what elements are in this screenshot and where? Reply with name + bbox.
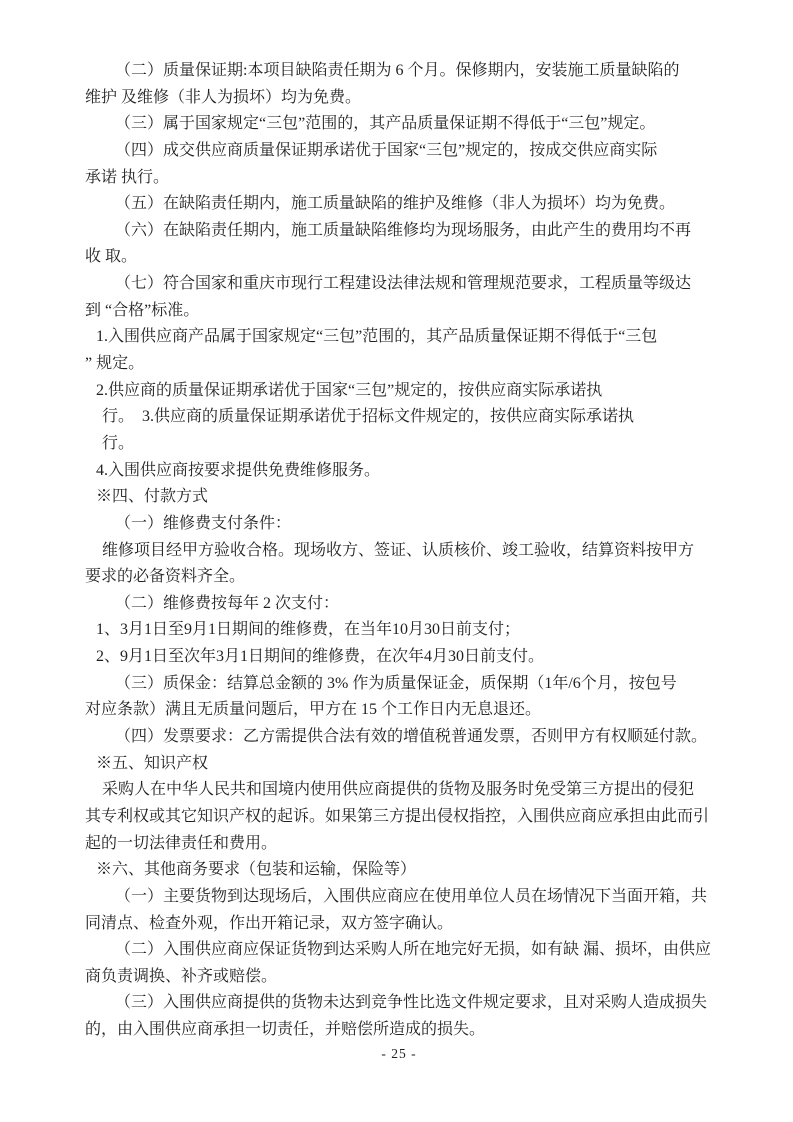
text-line: （二）入围供应商应保证货物到达采购人所在地完好无损，如有缺 漏、损坏，由供应 (85, 937, 713, 964)
text-line: 2、9月1日至次年3月1日期间的维修费，在次年4月30日前支付。 (85, 644, 713, 671)
text-line: （三）质保金：结算总金额的 3% 作为质量保证金，质保期（1年/6个月，按包号 (85, 671, 713, 698)
text-line: 到 “合格”标准。 (85, 298, 713, 325)
text-line: ” 规定。 (85, 351, 713, 378)
text-line: （二）维修费按每年 2 次支付： (85, 591, 713, 618)
page-number: - 25 - (85, 1046, 713, 1062)
text-line: 其专利权或其它知识产权的起诉。如果第三方提出侵权指控，入围供应商应承担由此而引 (85, 804, 713, 831)
document-page: （二）质量保证期:本项目缺陷责任期为 6 个月。保修期内，安装施工质量缺陷的维护… (0, 0, 793, 1122)
text-line: 商负责调换、补齐或赔偿。 (85, 964, 713, 991)
text-line: （五）在缺陷责任期内，施工质量缺陷的维护及维修（非人为损坏）均为免费。 (85, 191, 713, 218)
text-line: （一）主要货物到达现场后，入围供应商应在使用单位人员在场情况下当面开箱，共 (85, 884, 713, 911)
text-line: 对应条款）满且无质量问题后，甲方在 15 个工作日内无息退还。 (85, 697, 713, 724)
text-line: 同清点、检查外观，作出开箱记录，双方签字确认。 (85, 911, 713, 938)
text-line: 收 取。 (85, 244, 713, 271)
text-line: 维修项目经甲方验收合格。现场收方、签证、认质核价、竣工验收，结算资料按甲方 (85, 538, 713, 565)
text-line: 起的一切法律责任和费用。 (85, 831, 713, 858)
text-line: ※六、其他商务要求（包装和运输，保险等） (85, 857, 713, 884)
text-line: 4.入围供应商按要求提供免费维修服务。 (85, 458, 713, 485)
text-line: 行。 3.供应商的质量保证期承诺优于招标文件规定的，按供应商实际承诺执 (85, 404, 713, 431)
text-line: （三）属于国家规定“三包”范围的，其产品质量保证期不得低于“三包”规定。 (85, 111, 713, 138)
text-line: ※四、付款方式 (85, 484, 713, 511)
text-line: 采购人在中华人民共和国境内使用供应商提供的货物及服务时免受第三方提出的侵犯 (85, 777, 713, 804)
text-line: 维护 及维修（非人为损坏）均为免费。 (85, 85, 713, 112)
text-line: 2.供应商的质量保证期承诺优于国家“三包”规定的，按供应商实际承诺执 (85, 378, 713, 405)
text-line: ※五、知识产权 (85, 751, 713, 778)
text-line: （四）发票要求：乙方需提供合法有效的增值税普通发票，否则甲方有权顺延付款。 (85, 724, 713, 751)
text-line: 要求的必备资料齐全。 (85, 564, 713, 591)
text-line: （三）入围供应商提供的货物未达到竞争性比选文件规定要求，且对采购人造成损失 (85, 990, 713, 1017)
text-line: （一）维修费支付条件： (85, 511, 713, 538)
text-line: （六）在缺陷责任期内，施工质量缺陷维修均为现场服务，由此产生的费用均不再 (85, 218, 713, 245)
text-line: 承诺 执行。 (85, 165, 713, 192)
text-line: （二）质量保证期:本项目缺陷责任期为 6 个月。保修期内，安装施工质量缺陷的 (85, 58, 713, 85)
text-line: 行。 (85, 431, 713, 458)
text-line: 的，由入围供应商承担一切责任，并赔偿所造成的损失。 (85, 1017, 713, 1044)
text-line: （四）成交供应商质量保证期承诺优于国家“三包”规定的，按成交供应商实际 (85, 138, 713, 165)
text-line: 1、3月1日至9月1日期间的维修费，在当年10月30日前支付； (85, 617, 713, 644)
document-body: （二）质量保证期:本项目缺陷责任期为 6 个月。保修期内，安装施工质量缺陷的维护… (85, 58, 713, 1044)
text-line: 1.入围供应商产品属于国家规定“三包”范围的，其产品质量保证期不得低于“三包 (85, 324, 713, 351)
text-line: （七）符合国家和重庆市现行工程建设法律法规和管理规范要求，工程质量等级达 (85, 271, 713, 298)
